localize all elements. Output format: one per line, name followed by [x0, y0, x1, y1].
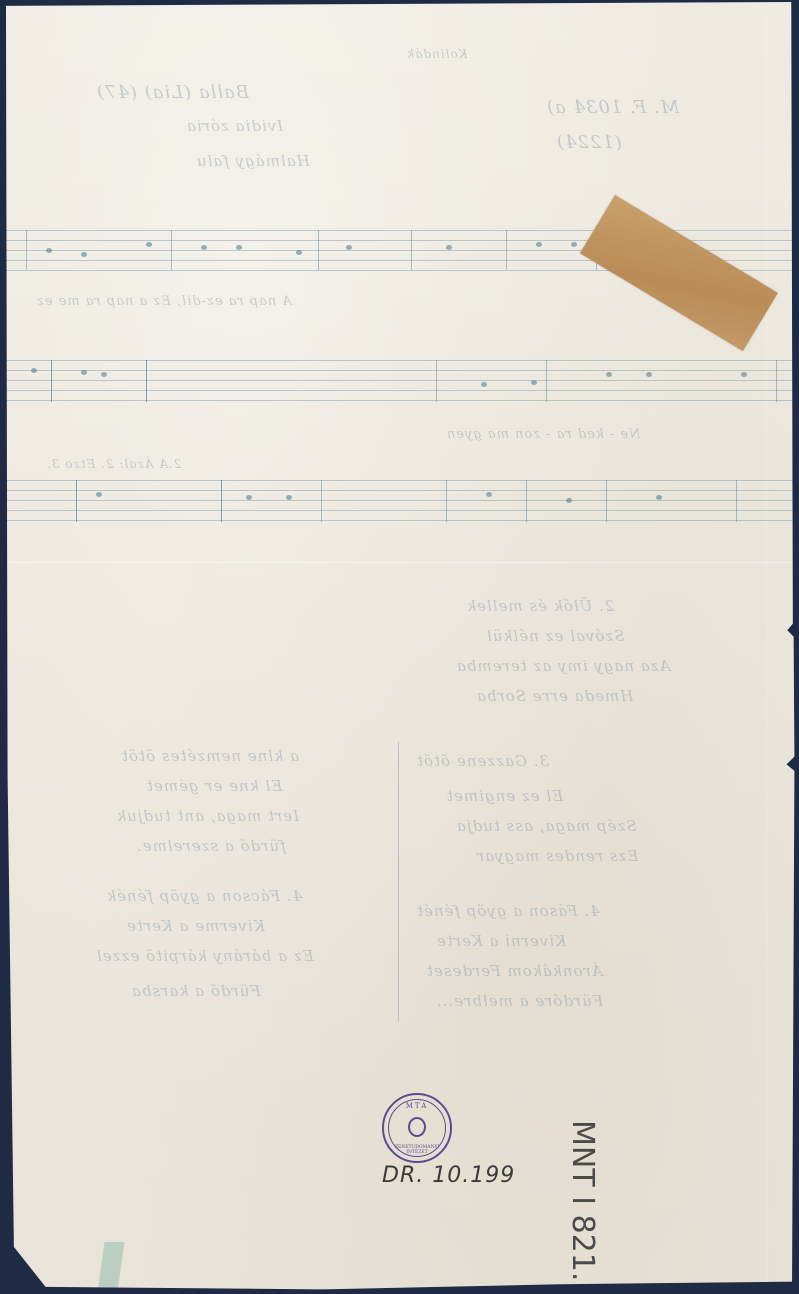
faint-verse-line: fürdő a szerelme. — [136, 837, 286, 855]
faint-verse-line: El kne er gémet — [146, 777, 282, 795]
faint-handwriting-header: Ividia zória — [186, 117, 283, 135]
faint-handwriting-header: Balla (Lia) (47) — [96, 82, 249, 103]
faint-handwriting-number: (1224) — [556, 132, 622, 153]
faint-verse-line: a klne nemzétes ötöt — [121, 747, 299, 765]
faint-verse-line: Áronkákom Ferdeset — [426, 962, 603, 980]
faint-verse-line: Fürdőre a melbre... — [436, 992, 603, 1010]
paper-crease — [6, 562, 796, 563]
faint-verse-line: Iert maga, ant tudjuk — [116, 807, 299, 825]
faint-lyrics: Ne - ked ra - zon ma gyen — [446, 427, 641, 442]
faint-verse-line: Szóval ez nélkül — [486, 627, 625, 645]
faint-handwriting-header: Halmágy falu — [196, 152, 310, 170]
faint-handwriting-note: Kolindák — [406, 47, 467, 61]
catalog-number: MNT I 821. — [565, 1120, 600, 1281]
coat-of-arms-icon — [408, 1117, 426, 1137]
faint-verse-line: Szép maga, ass tudja — [456, 817, 637, 835]
faint-handwriting-note: 2.A Ázal: 2. Etzo 3. — [46, 457, 181, 471]
music-staff — [6, 480, 796, 530]
faint-verse-line: 2. Ülők és mellek — [466, 597, 614, 615]
green-stain — [97, 1242, 124, 1292]
faint-verse-line: 4. Fácson a gyöp fénék — [106, 887, 302, 905]
column-divider — [398, 742, 399, 1022]
faint-handwriting-number: M. F. 1034 a) — [546, 97, 679, 118]
faint-verse-line: 3. Gazzene ötöt — [416, 752, 549, 770]
faint-verse-line: Aza nagy imy az teremba — [456, 657, 671, 675]
faint-verse-line: 4. Fáson a gyöp fénét — [416, 902, 600, 920]
stamp-top-text: MTA — [384, 1102, 450, 1110]
stamp-ring-text: ZENETUDOMÁNYI INTÉZET — [384, 1145, 450, 1155]
faint-verse-line: El ez engimet — [446, 787, 563, 805]
shelfmark-label: DR. 10.199 — [382, 1163, 515, 1188]
faint-verse-line: Ez a bárány kárpitö ezzel — [96, 947, 314, 965]
paper-crease — [766, 12, 767, 1282]
faint-verse-line: Hmeda erre Sorba — [476, 687, 633, 705]
faint-verse-line: Ezs rendes magyar — [476, 847, 638, 865]
faint-verse-line: Kiverme a Kerte — [126, 917, 265, 935]
faint-verse-line: Fürdő a karsba — [131, 982, 261, 1000]
archive-stamp: MTA ZENETUDOMÁNYI INTÉZET — [382, 1093, 452, 1163]
music-staff — [6, 360, 796, 410]
faint-verse-line: Kiverni a Kerte — [436, 932, 566, 950]
faint-lyrics: A nap ra ez-dil, Ez a nap ra me ez — [36, 294, 292, 309]
